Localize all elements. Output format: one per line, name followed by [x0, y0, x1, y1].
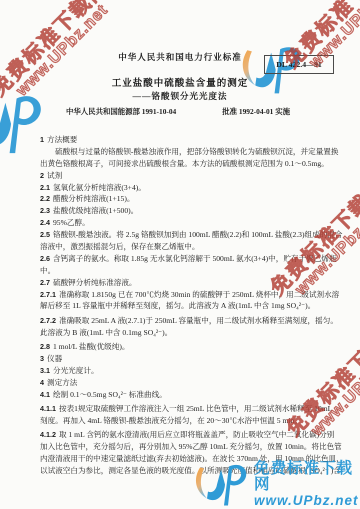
- clause-number: 2.3: [40, 206, 50, 215]
- clause-text: 准确称取 1.8150g 已在 700℃灼烧 30min 的硫酸钾于 250mL…: [59, 290, 339, 299]
- clause-text: 仪器: [47, 354, 62, 363]
- body-line: 4.1绘制 0.1～0.5mg SO₄²⁻ 标准曲线。: [40, 389, 324, 401]
- clause-number: 4.1.1: [40, 404, 56, 413]
- footer-site-name: 免费标准下载网: [254, 461, 360, 494]
- body-line: 2.495%乙醇。: [40, 217, 324, 229]
- body-line: 2.7硫酸钾分析纯标准溶液。: [40, 277, 324, 289]
- watermark-top-left: 免费标准下载网 www.UPbz.net: [0, 0, 151, 139]
- implementation-date: 批准 1992-04-01 实施: [222, 106, 290, 117]
- body-line: 2.2醋酸分析纯溶液(1+15)。: [40, 193, 324, 205]
- clause-number: 2.7.1: [40, 290, 56, 299]
- body-line: 刻度。再加入 4mL 铬酸钡-酸悬浊液充分摇匀，在 20～30℃水浴中恒温 5 …: [40, 415, 324, 427]
- clause-number: 2.7.2: [40, 316, 56, 325]
- clause-number: 2.7: [40, 278, 50, 287]
- clause-text: 1 mol/L 盐酸(优级纯)。: [53, 342, 130, 351]
- scanned-standard-page: 中华人民共和国电力行业标准 DL 422.4—91 工业盐酸中硫酸盐含量的测定 …: [0, 0, 360, 509]
- clause-text: 方法概要: [47, 135, 77, 144]
- standard-number-box: DL 422.4—91: [264, 55, 334, 74]
- body-line: 2.7.1准确称取 1.8150g 已在 700℃灼烧 30min 的硫酸钾于 …: [40, 289, 324, 301]
- clause-number: 4: [40, 378, 44, 387]
- footer-site-logo: 免费标准下载网 www.UPbz.net: [190, 461, 360, 508]
- body-line: 2试剂: [40, 170, 324, 182]
- clause-text: 加入比色管中，充分摇匀后，再分别加入 95%乙醇 10mL 充分摇匀，放置 10…: [40, 442, 342, 451]
- body-line: 2.7.2准确吸取 25mL A 液(2.7.1)于 250mL 容量瓶中，用二…: [40, 315, 324, 327]
- body-line: 3.1分光光度计。: [40, 365, 324, 377]
- body-line: 3仪器: [40, 353, 324, 365]
- document-title: 工业盐酸中硫酸盐含量的测定: [30, 75, 330, 89]
- clause-text: 铬酸钡-酸悬浊液。将 2.5g 铬酸钡加到由 100mL 醋酸(2.2)和 10…: [53, 230, 342, 239]
- body-line: 2.6含钙离子的氨水。称取 1.85g 无水氯化钙溶解于 500mL 氨水(3+…: [40, 253, 324, 265]
- clause-text: 氢氧化氨分析纯溶液(3+4)。: [53, 183, 146, 192]
- body-line: 硫酸根与过量的铬酸钡-酸悬浊液作用，把部分铬酸钡转化为硫酸钡沉淀，并定量置换: [40, 146, 324, 158]
- standard-number: DL 422.4—91: [276, 60, 322, 69]
- clause-number: 4.1.2: [40, 430, 56, 439]
- footer-site-url: www.UPbz.net: [254, 494, 360, 508]
- document-body: 1方法概要 硫酸根与过量的铬酸钡-酸悬浊液作用，把部分铬酸钡转化为硫酸钡沉淀，并…: [40, 134, 324, 477]
- body-line: 4.1.2取 1 mL 含钙的氨水澄清液(用后应立即将瓶盖盖严，防止吸收空气中二…: [40, 429, 324, 441]
- body-line: 2.81 mol/L 盐酸(优级纯)。: [40, 341, 324, 353]
- body-line: 4测定方法: [40, 377, 324, 389]
- clause-text: 硫酸根与过量的铬酸钡-酸悬浊液作用，把部分铬酸钡转化为硫酸钡沉淀，并定量置换: [55, 147, 339, 156]
- upbz-logo-icon: [190, 461, 250, 507]
- clause-text: 此溶液为 B 液(1mL 中含 0.1mg SO₄²⁻)。: [40, 328, 172, 337]
- body-line: 1方法概要: [40, 134, 324, 146]
- body-line: 4.1.1按表1规定取硫酸钾工作溶液注入一组 25mL 比色管中，用二级试剂水稀…: [40, 403, 324, 415]
- body-line: 解后移至 1L 容量瓶中并稀释至刻度，摇匀。此溶液为 A 液(1mL 中含 1m…: [40, 300, 324, 312]
- clause-number: 4.1: [40, 390, 50, 399]
- clause-text: 出黄色铬酸根离子，可间接求出硫酸根含量。本方法的硫酸根测定范围为 0.1～0.5…: [40, 159, 329, 168]
- clause-number: 3: [40, 354, 44, 363]
- approval-row: 中华人民共和国能源部 1991-10-04 批准 1992-04-01 实施: [66, 106, 290, 117]
- clause-number: 2.6: [40, 254, 50, 263]
- body-line: 中。: [40, 265, 324, 277]
- clause-text: 试剂: [47, 171, 62, 180]
- clause-number: 2: [40, 171, 44, 180]
- clause-number: 2.2: [40, 194, 50, 203]
- clause-text: 刻度。再加入 4mL 铬酸钡-酸悬浊液充分摇匀，在 20～30℃水浴中恒温 5 …: [40, 416, 302, 425]
- clause-text: 绘制 0.1～0.5mg SO₄²⁻ 标准曲线。: [53, 390, 167, 399]
- clause-text: 含钙离子的氨水。称取 1.85g 无水氯化钙溶解于 500mL 氨水(3+4)中…: [53, 254, 336, 263]
- body-line: 出黄色铬酸根离子，可间接求出硫酸根含量。本方法的硫酸根测定范围为 0.1～0.5…: [40, 158, 324, 170]
- clause-text: 准确吸取 25mL A 液(2.7.1)于 250mL 容量瓶中，用二级试剂水稀…: [59, 316, 338, 325]
- body-line: 2.1氢氧化氨分析纯溶液(3+4)。: [40, 182, 324, 194]
- clause-number: 2.5: [40, 230, 50, 239]
- body-line: 加入比色管中，充分摇匀后，再分别加入 95%乙醇 10mL 充分摇匀，放置 10…: [40, 441, 324, 453]
- body-line: 2.3盐酸优级纯溶液(1+500)。: [40, 205, 324, 217]
- clause-text: 溶液中，激烈振摇混匀后，保存在聚乙烯瓶中。: [40, 242, 199, 251]
- clause-text: 醋酸分析纯溶液(1+15)。: [53, 194, 134, 203]
- clause-number: 2.4: [40, 218, 50, 227]
- clause-text: 盐酸优级纯溶液(1+500)。: [53, 206, 138, 215]
- clause-text: 分光光度计。: [53, 366, 99, 375]
- clause-text: 硫酸钾分析纯标准溶液。: [53, 278, 137, 287]
- clause-text: 测定方法: [47, 378, 77, 387]
- clause-number: 2.1: [40, 183, 50, 192]
- body-line: 此溶液为 B 液(1mL 中含 0.1mg SO₄²⁻)。: [40, 327, 324, 339]
- body-line: 溶液中，激烈振摇混匀后，保存在聚乙烯瓶中。: [40, 241, 324, 253]
- clause-text: 取 1 mL 含钙的氨水澄清液(用后应立即将瓶盖盖严，防止吸收空气中二氧化碳)分…: [59, 430, 334, 439]
- clause-number: 2.8: [40, 342, 50, 351]
- clause-number: 1: [40, 135, 44, 144]
- issuer-date: 中华人民共和国能源部 1991-10-04: [66, 106, 176, 117]
- clause-text: 按表1规定取硫酸钾工作溶液注入一组 25mL 比色管中，用二级试剂水稀释至 10…: [59, 404, 332, 413]
- clause-text: 解后移至 1L 容量瓶中并稀释至刻度，摇匀。此溶液为 A 液(1mL 中含 1m…: [40, 301, 315, 310]
- footer-site-text: 免费标准下载网 www.UPbz.net: [254, 461, 360, 508]
- body-line: 2.5铬酸钡-酸悬浊液。将 2.5g 铬酸钡加到由 100mL 醋酸(2.2)和…: [40, 229, 324, 241]
- document-subtitle: ——铬酸钡分光光度法: [30, 90, 330, 102]
- clause-text: 95%乙醇。: [53, 218, 90, 227]
- clause-number: 3.1: [40, 366, 50, 375]
- clause-text: 中。: [40, 266, 55, 275]
